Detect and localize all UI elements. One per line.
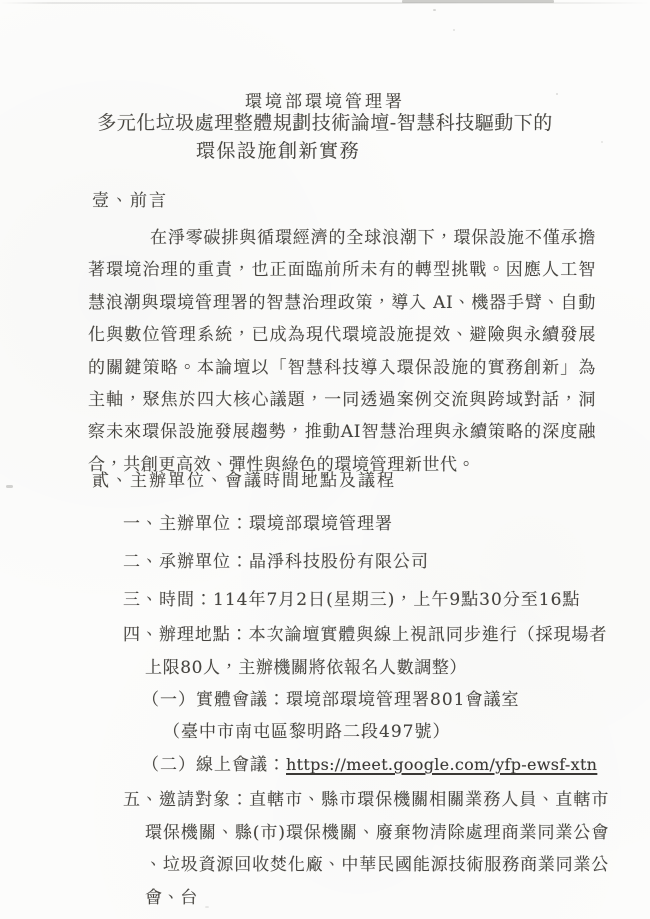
- list-item-co-organizer: 二、承辦單位：晶淨科技股份有限公司: [123, 547, 429, 572]
- list-item-venue: 四、辦理地點：本次論壇實體與線上視訊同步進行（採現場者上限80人，主辦機關將依報…: [123, 619, 607, 685]
- document-title-line1: 多元化垃圾處理整體規劃技術論壇-智慧科技驅動下的: [0, 108, 650, 135]
- scan-edge-dark-artifact: [402, 0, 554, 3]
- section-organizer-heading: 貳、主辦單位、會議時間地點及議程: [92, 466, 396, 491]
- scan-speck: [453, 29, 455, 31]
- scan-speck: [6, 485, 13, 488]
- sub-item-meeting-address: （臺中市南屯區黎明路二段497號）: [163, 717, 450, 742]
- section-foreword-heading: 壹、前言: [92, 186, 168, 211]
- foreword-paragraph: 在淨零碳排與循環經濟的全球浪潮下，環保設施不僅承擔著環境治理的重責，也正面臨前所…: [88, 222, 596, 481]
- list-item-organizer: 一、主辦單位：環境部環境管理署: [123, 509, 393, 534]
- scan-speck: [433, 9, 436, 11]
- meeting-link[interactable]: https://meet.google.com/yfp-ewsf-xtn: [286, 755, 597, 774]
- sub-item-online-meeting: （二）線上會議：https://meet.google.com/yfp-ewsf…: [142, 750, 597, 775]
- document-title-line2: 環保設施創新實務: [0, 136, 603, 163]
- scanned-document-page: 環境部環境管理署 多元化垃圾處理整體規劃技術論壇-智慧科技驅動下的 環保設施創新…: [0, 0, 650, 919]
- sub-item-physical-meeting: （一）實體會議：環境部環境管理署801會議室: [142, 685, 519, 710]
- online-meeting-label: （二）線上會議：: [142, 755, 286, 775]
- list-item-datetime: 三、時間：114年7月2日(星期三)，上午9點30分至16點: [123, 585, 580, 610]
- list-item-invitees: 五、邀請對象：直轄市、縣市環保機關相關業務人員、直轄市環保機關、縣(市)環保機關…: [123, 784, 609, 914]
